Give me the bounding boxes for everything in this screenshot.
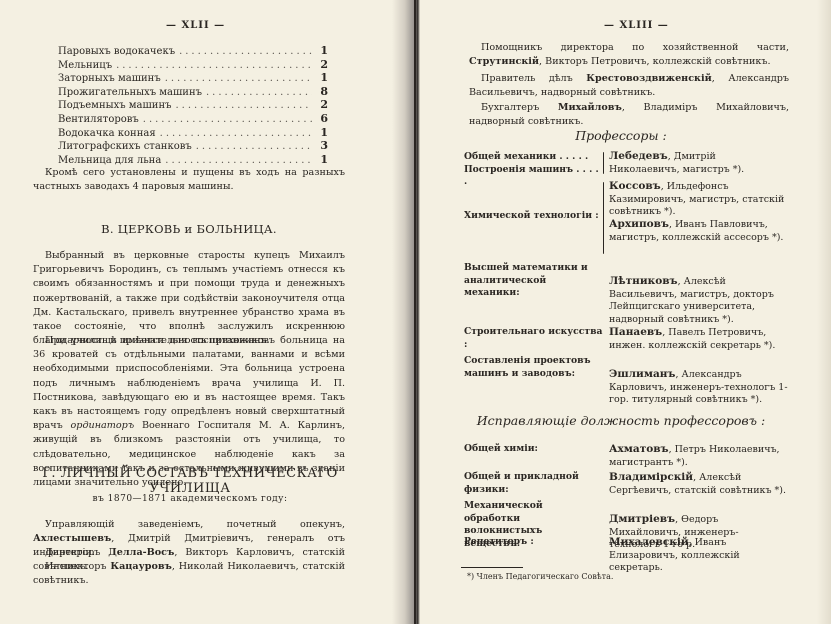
department-label: Общей и прикладной физики: xyxy=(464,471,604,496)
footnote: *) Членъ Педагогическаго Совѣта. xyxy=(467,572,613,581)
section-v-heading: В. ЦЕРКОВЬ и БОЛЬНИЦА. xyxy=(33,222,345,236)
list-item: Мельница для льна.......................… xyxy=(58,153,328,167)
department-label: Репетиторъ : xyxy=(464,536,604,549)
department-label: Высшей математики и аналитической механи… xyxy=(464,262,594,300)
equipment-list: Паровыхъ водокачекъ.....................… xyxy=(58,44,328,166)
professor-entry: Эшлиманъ, Александръ Карловичъ, инженеръ… xyxy=(609,368,789,407)
list-item: Прожигательныхъ машинъ..................… xyxy=(58,85,328,99)
section-g-heading: Г. ЛИЧНЫЙ СОСТАВЪ ТЕХНИЧЕСКАГО УЧИЛИЩА xyxy=(20,466,360,496)
professor-entry: Владимірскій, Алексѣй Сергѣевичъ, статск… xyxy=(609,471,789,497)
list-item: Паровыхъ водокачекъ.....................… xyxy=(58,44,328,58)
list-item: Заторныхъ машинъ........................… xyxy=(58,71,328,85)
professor-entry: Лебедевъ, Дмитрій Николаевичъ, магистръ … xyxy=(609,150,789,176)
professor-entry: Архиповъ, Иванъ Павловичъ, магистръ, кол… xyxy=(609,218,789,244)
page-number: — XLII — xyxy=(166,20,225,31)
list-note: Кромѣ сего установлены и пущены въ ходъ … xyxy=(33,166,345,194)
staff-entry: Правитель дѣлъ Крестовоздвиженскій, Алек… xyxy=(469,72,789,100)
professor-entry: Лѣтниковъ, Алексѣй Васильевичъ, магистръ… xyxy=(609,275,789,326)
professor-entry: Михалевскій, Иванъ Елизаровичъ, коллежск… xyxy=(609,536,789,575)
list-item: Литографскихъ станковъ..................… xyxy=(58,139,328,153)
department-label: Строительнаго искусства : xyxy=(464,326,604,351)
page-edge xyxy=(817,0,831,624)
department-label: Составленія проектовъ машинъ и заводовъ: xyxy=(464,355,594,380)
professor-entry: Ахматовъ, Петръ Николаевичъ, магистрантъ… xyxy=(609,443,789,469)
section-g-subheading: въ 1870—1871 академическомъ году: xyxy=(20,494,360,504)
staff-entry: Бухгалтеръ Михайловъ, Владиміръ Михайлов… xyxy=(469,101,789,129)
department-label: Общей механики . . . . .Построенія машин… xyxy=(464,151,599,189)
list-item: Вентиляторовъ...........................… xyxy=(58,112,328,126)
brace xyxy=(603,152,604,174)
professor-entry: Панаевъ, Павелъ Петровичъ, инжен. коллеж… xyxy=(609,326,789,352)
list-item: Водокачка конная........................… xyxy=(58,126,328,140)
list-item: Мельницъ................................… xyxy=(58,58,328,72)
department-label: Химической технологіи : xyxy=(464,210,599,223)
brace xyxy=(603,182,604,254)
footnote-rule xyxy=(461,567,523,568)
list-item: Подъемныхъ машинъ.......................… xyxy=(58,98,328,112)
page-number: — XLIII — xyxy=(604,20,669,31)
book-spine xyxy=(414,0,416,624)
staff-entry: Помощникъ директора по хозяйственной час… xyxy=(469,41,789,69)
professors-title: Профессоры : xyxy=(511,128,731,143)
professor-entry: Коссовъ, Ильдефонсъ Казимировичъ, магист… xyxy=(609,180,789,219)
left-page: — XLII — Паровыхъ водокачекъ............… xyxy=(0,0,411,624)
book-spread: — XLII — Паровыхъ водокачекъ............… xyxy=(0,0,831,624)
department-label: Общей химіи: xyxy=(464,443,604,456)
acting-professors-title: Исправляющіе должность профессоровъ : xyxy=(451,413,791,428)
right-page: — XLIII — Помощникъ директора по хозяйст… xyxy=(411,0,831,624)
staff-entry: Инспекторъ Кацауровъ, Николай Николаевич… xyxy=(33,560,345,588)
